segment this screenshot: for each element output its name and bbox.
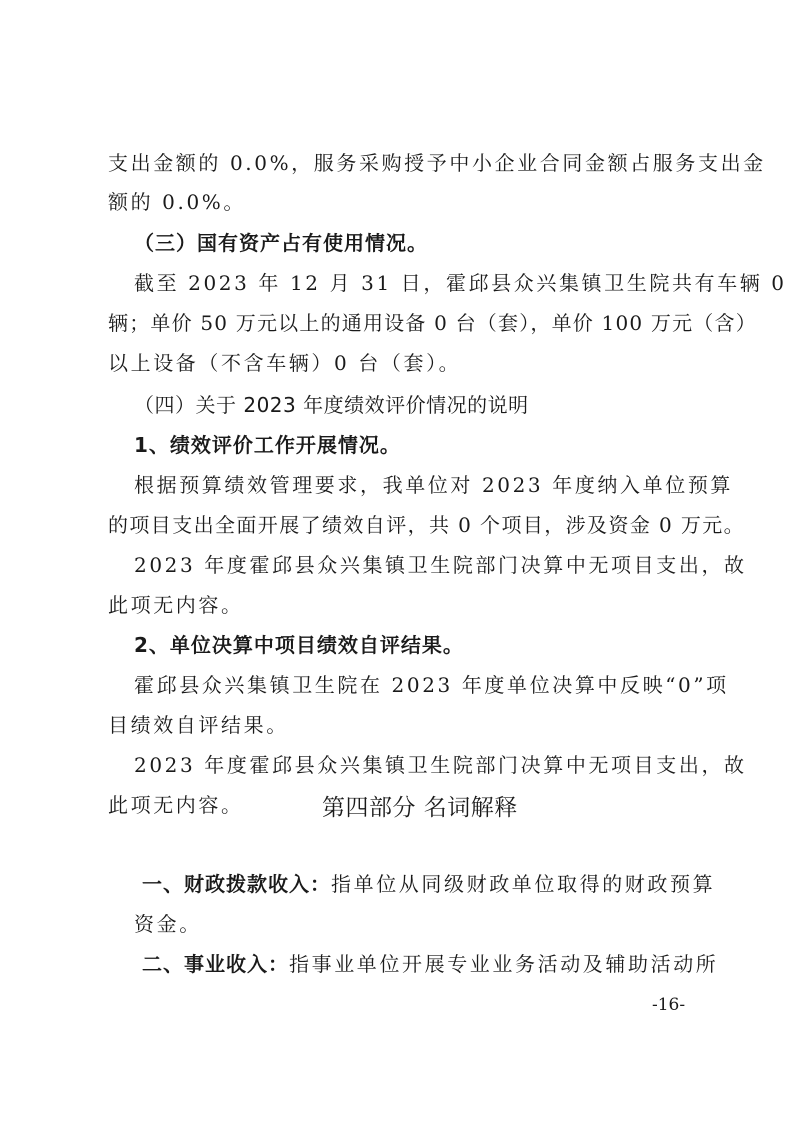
body-text-line: 以上设备（不含车辆）0 台（套）。 xyxy=(108,351,690,375)
glossary-term-row: 一、财政拨款收入：指单位从同级财政单位取得的财政预算 xyxy=(142,872,724,896)
body-text-line: 目绩效自评结果。 xyxy=(108,713,690,737)
body-text-line: 根据预算绩效管理要求，我单位对 2023 年度纳入单位预算 xyxy=(134,473,716,497)
body-text-line: 支出金额的 0.0%，服务采购授予中小企业合同金额占服务支出金 xyxy=(108,151,690,175)
body-text-line: 2023 年度霍邱县众兴集镇卫生院部门决算中无项目支出，故 xyxy=(134,753,716,777)
body-text-line: 霍邱县众兴集镇卫生院在 2023 年度单位决算中反映“0”项 xyxy=(134,673,716,697)
section-4-title: （四）关于 2023 年度绩效评价情况的说明 xyxy=(134,393,716,417)
body-text-line: 额的 0.0%。 xyxy=(108,190,690,214)
section-3-title: （三）国有资产占有使用情况。 xyxy=(134,231,716,255)
body-text-line: 的项目支出全面开展了绩效自评，共 0 个项目，涉及资金 0 万元。 xyxy=(108,513,690,537)
glossary-definition: 指单位从同级财政单位取得的财政预算 xyxy=(331,872,715,896)
subsection-2-title: 2、单位决算中项目绩效自评结果。 xyxy=(134,633,716,657)
part-4-heading: 第四部分 名词解释 xyxy=(322,794,522,822)
page-number: -16- xyxy=(652,995,685,1015)
body-text-line: 此项无内容。 xyxy=(108,593,690,617)
glossary-term: 一、财政拨款收入： xyxy=(142,872,331,896)
subsection-1-title: 1、绩效评价工作开展情况。 xyxy=(134,433,716,457)
glossary-definition: 指事业单位开展专业业务活动及辅助活动所 xyxy=(289,952,718,976)
body-text-line: 辆；单价 50 万元以上的通用设备 0 台（套），单价 100 万元（含） xyxy=(108,311,690,335)
body-text-line: 资金。 xyxy=(134,912,716,936)
body-text-line: 2023 年度霍邱县众兴集镇卫生院部门决算中无项目支出，故 xyxy=(134,553,716,577)
glossary-term: 二、事业收入： xyxy=(142,952,289,976)
body-text-line: 截至 2023 年 12 月 31 日，霍邱县众兴集镇卫生院共有车辆 0 xyxy=(134,271,716,295)
glossary-term-row: 二、事业收入：指事业单位开展专业业务活动及辅助活动所 xyxy=(142,952,724,976)
